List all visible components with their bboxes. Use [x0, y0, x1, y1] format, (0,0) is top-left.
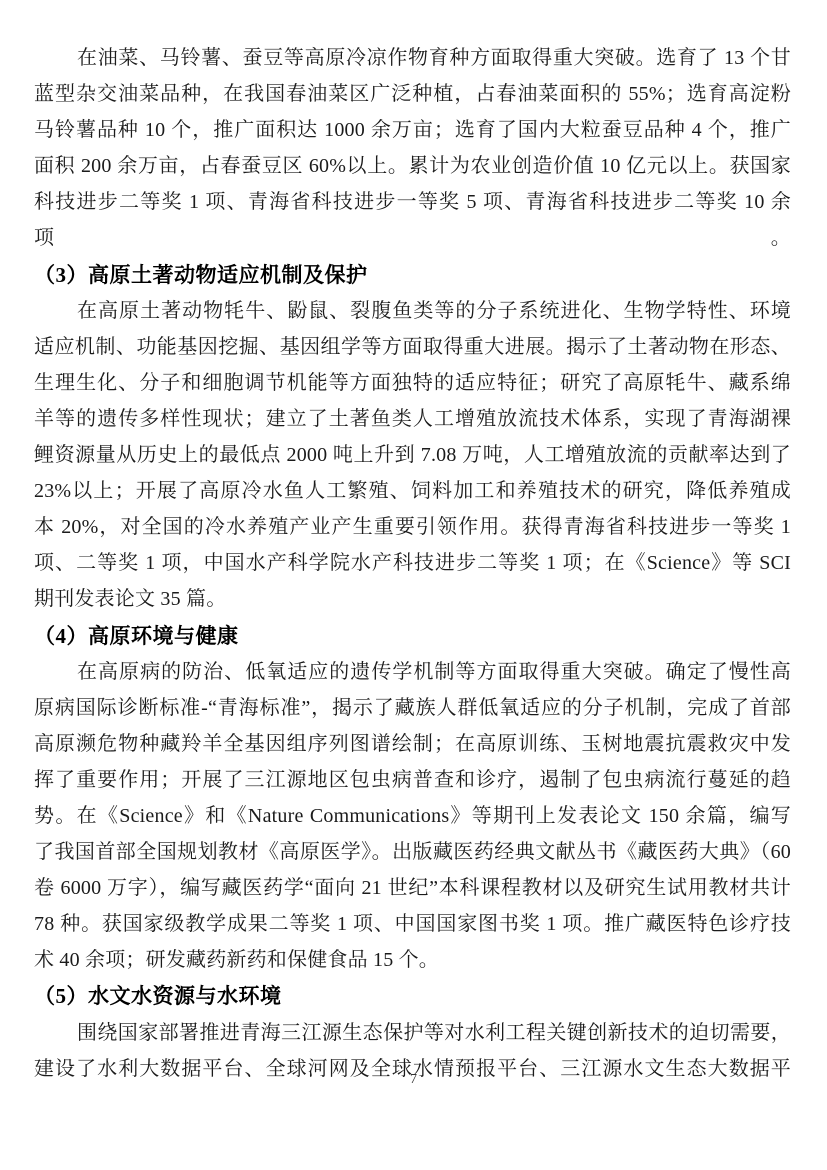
text-line: 势。在《Science》和《Nature Communications》等期刊上… [34, 798, 791, 834]
text-line: 蓝型杂交油菜品种，在我国春油菜区广泛种植，占春油菜面积的 55%；选育高淀粉 [34, 76, 791, 112]
section-heading: （5）水文水资源与水环境 [34, 978, 791, 1014]
text-line: 羊等的遗传多样性现状；建立了土著鱼类人工增殖放流技术体系，实现了青海湖裸 [34, 401, 791, 437]
text-line: 在油菜、马铃薯、蚕豆等高原冷凉作物育种方面取得重大突破。选育了 13 个甘 [34, 40, 791, 76]
text-line: 原病国际诊断标准-“青海标准”，揭示了藏族人群低氧适应的分子机制，完成了首部 [34, 690, 791, 726]
text-line: 术 40 余项；研发藏药新药和保健食品 15 个。 [34, 942, 791, 978]
text-line: 鲤资源量从历史上的最低点 2000 吨上升到 7.08 万吨，人工增殖放流的贡献… [34, 437, 791, 473]
document-page: 在油菜、马铃薯、蚕豆等高原冷凉作物育种方面取得重大突破。选育了 13 个甘蓝型杂… [0, 0, 827, 1170]
text-line: 本 20%，对全国的冷水养殖产业产生重要引领作用。获得青海省科技进步一等奖 1 [34, 509, 791, 545]
text-line: 高原濒危物种藏羚羊全基因组序列图谱绘制；在高原训练、玉树地震抗震救灾中发 [34, 726, 791, 762]
document-body: 在油菜、马铃薯、蚕豆等高原冷凉作物育种方面取得重大突破。选育了 13 个甘蓝型杂… [34, 40, 791, 1087]
text-line: 卷 6000 万字），编写藏医药学“面向 21 世纪”本科课程教材以及研究生试用… [34, 870, 791, 906]
text-line: 78 种。获国家级教学成果二等奖 1 项、中国国家图书奖 1 项。推广藏医特色诊… [34, 906, 791, 942]
text-line: 23%以上；开展了高原冷水鱼人工繁殖、饲料加工和养殖技术的研究，降低养殖成 [34, 473, 791, 509]
text-line: 马铃薯品种 10 个，推广面积达 1000 余万亩；选育了国内大粒蚕豆品种 4 … [34, 112, 791, 148]
text-line: 围绕国家部署推进青海三江源生态保护等对水利工程关键创新技术的迫切需要， [34, 1015, 791, 1051]
page-footer: 7 [0, 1070, 827, 1088]
text-line: 在高原病的防治、低氧适应的遗传学机制等方面取得重大突破。确定了慢性高 [34, 654, 791, 690]
text-line: 生理生化、分子和细胞调节机能等方面独特的适应特征；研究了高原牦牛、藏系绵 [34, 365, 791, 401]
text-line: 科技进步二等奖 1 项、青海省科技进步一等奖 5 项、青海省科技进步二等奖 10… [34, 184, 791, 256]
text-line: 面积 200 余万亩，占春蚕豆区 60%以上。累计为农业创造价值 10 亿元以上… [34, 148, 791, 184]
text-line: 期刊发表论文 35 篇。 [34, 581, 791, 617]
section-heading: （4）高原环境与健康 [34, 618, 791, 654]
text-line: 了我国首部全国规划教材《高原医学》。出版藏医药经典文献丛书《藏医药大典》（60 [34, 834, 791, 870]
text-line: 适应机制、功能基因挖掘、基因组学等方面取得重大进展。揭示了土著动物在形态、 [34, 329, 791, 365]
text-line: 在高原土著动物牦牛、鼢鼠、裂腹鱼类等的分子系统进化、生物学特性、环境 [34, 293, 791, 329]
text-line: 项、二等奖 1 项，中国水产科学院水产科技进步二等奖 1 项；在《Science… [34, 545, 791, 581]
section-heading: （3）高原土著动物适应机制及保护 [34, 257, 791, 293]
text-line: 挥了重要作用；开展了三江源地区包虫病普查和诊疗，遏制了包虫病流行蔓延的趋 [34, 762, 791, 798]
page-number: 7 [410, 1072, 417, 1087]
